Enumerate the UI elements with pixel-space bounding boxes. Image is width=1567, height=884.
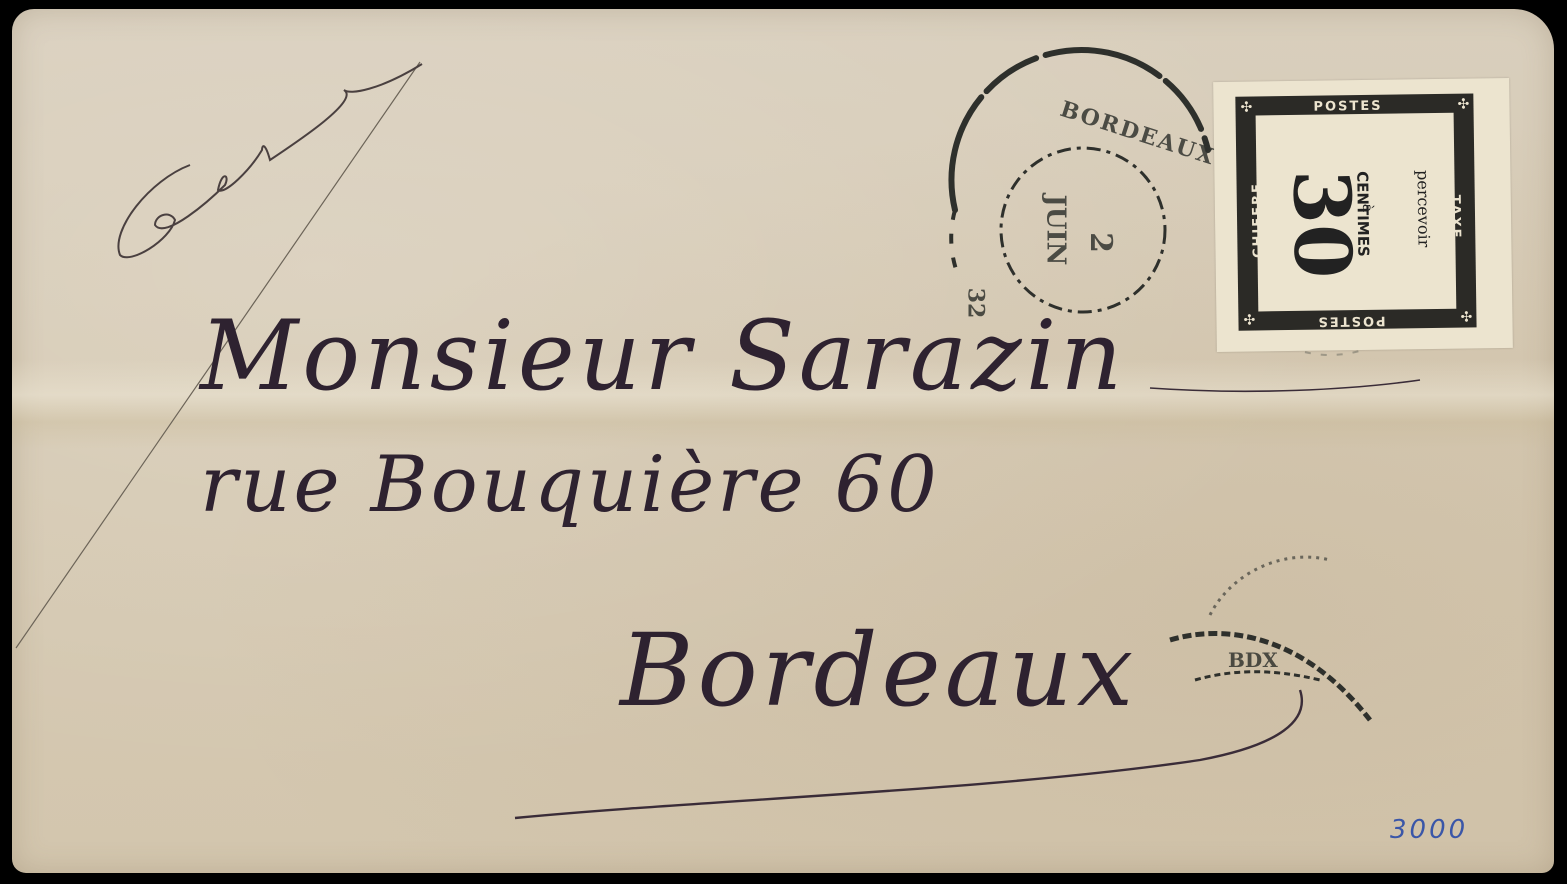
postage-due-stamp: ✣ ✣ ✣ ✣ POSTES POSTES CHIFFRE TAXE 30 CE… [1213, 78, 1513, 352]
postmark-inner-ring [1001, 148, 1165, 312]
name-flourish [1150, 380, 1420, 391]
stamp-action: percevoir [1413, 170, 1433, 247]
manuscript-mark [118, 64, 422, 257]
stamp-corner-ornament: ✣ [1456, 97, 1470, 111]
stamp-top-label: POSTES [1313, 99, 1382, 115]
stamp-corner-ornament: ✣ [1459, 310, 1473, 324]
receiving-mark-upper [1210, 557, 1330, 615]
receiving-mark-lower [1195, 672, 1320, 680]
receiving-mark-arc [1170, 633, 1370, 720]
address-line-2: rue Bouquière 60 [200, 440, 940, 530]
pencil-note: 3000 [1390, 815, 1468, 845]
stamp-left-label: CHIFFRE [1250, 155, 1267, 285]
stamp-bottom-label: POSTES [1316, 313, 1385, 329]
stamp-corner-ornament: ✣ [1239, 101, 1253, 115]
postmark-outer-ring-lower [951, 210, 960, 280]
postmark-month: JUIN [1040, 195, 1070, 266]
stamp-unit: CENTIMES [1353, 171, 1372, 257]
receiving-mark-text: BDX [1228, 648, 1278, 672]
postmark-dept: 32 [962, 288, 988, 319]
address-line-3: Bordeaux [620, 612, 1137, 729]
stamp-preposition: à [1359, 204, 1375, 213]
stamp-right-label: TAXE [1447, 152, 1464, 282]
postmark-day: 2 [1083, 232, 1118, 253]
stamp-corner-ornament: ✣ [1242, 313, 1256, 327]
